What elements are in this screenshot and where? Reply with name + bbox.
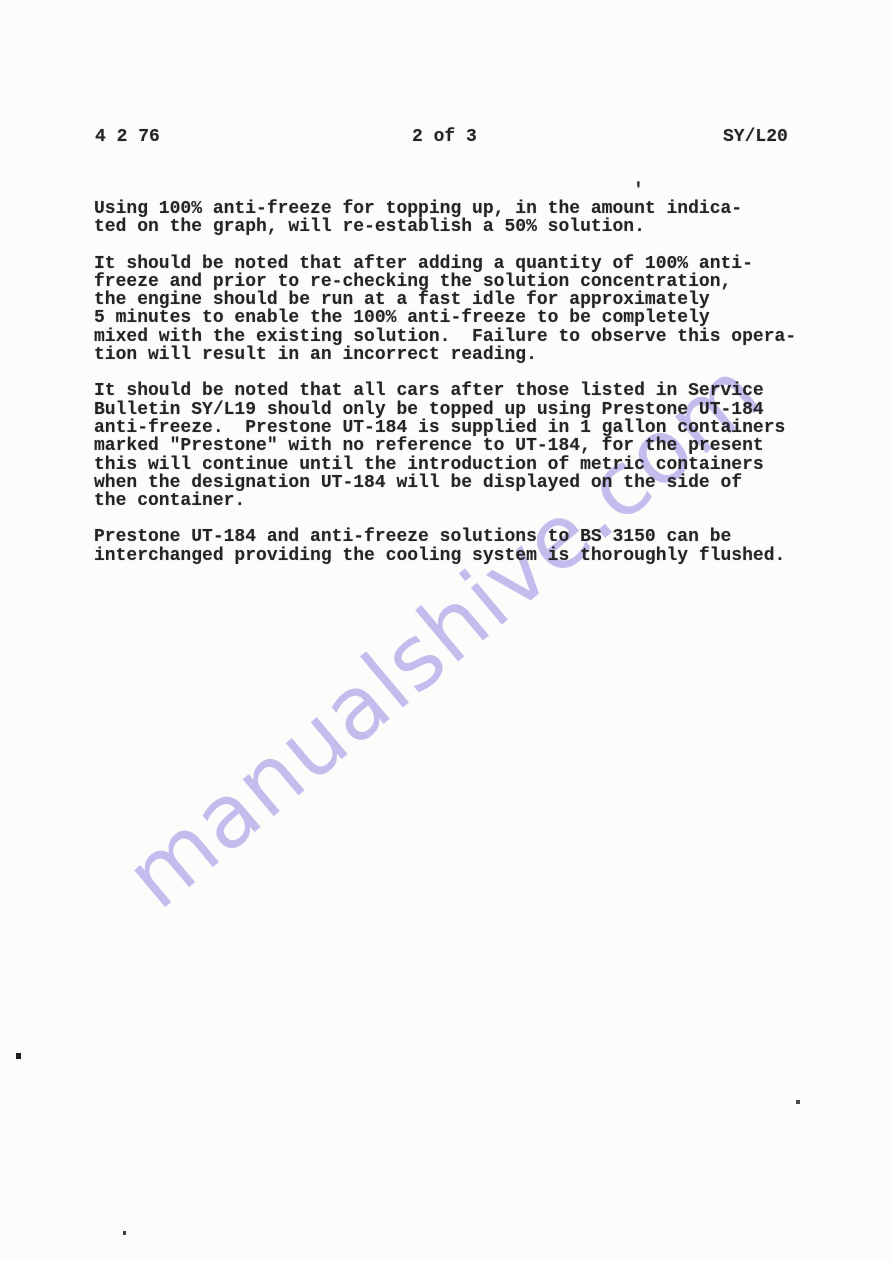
page-header: 4 2 76 2 of 3 SY/L20 xyxy=(0,128,893,150)
scan-speck-left-margin xyxy=(16,1053,21,1059)
scan-speck-right-lower xyxy=(796,1100,800,1104)
header-date-stamp: 4 2 76 xyxy=(95,128,160,146)
header-bulletin-code: SY/L20 xyxy=(723,128,788,146)
paragraph-topping-up: Using 100% anti-freeze for topping up, i… xyxy=(94,200,796,237)
paragraph-fast-idle-note: It should be noted that after adding a q… xyxy=(94,255,796,365)
header-page-indicator: 2 of 3 xyxy=(412,128,477,146)
paragraph-interchange-note: Prestone UT-184 and anti-freeze solution… xyxy=(94,528,796,565)
scanned-document-page: manualshive.com 4 2 76 2 of 3 SY/L20 ' U… xyxy=(0,0,893,1262)
document-body: Using 100% anti-freeze for topping up, i… xyxy=(94,200,796,583)
scan-speck-bottom xyxy=(123,1231,126,1235)
paragraph-prestone-ut184-note: It should be noted that all cars after t… xyxy=(94,382,796,510)
stray-tick-mark: ' xyxy=(633,182,644,200)
